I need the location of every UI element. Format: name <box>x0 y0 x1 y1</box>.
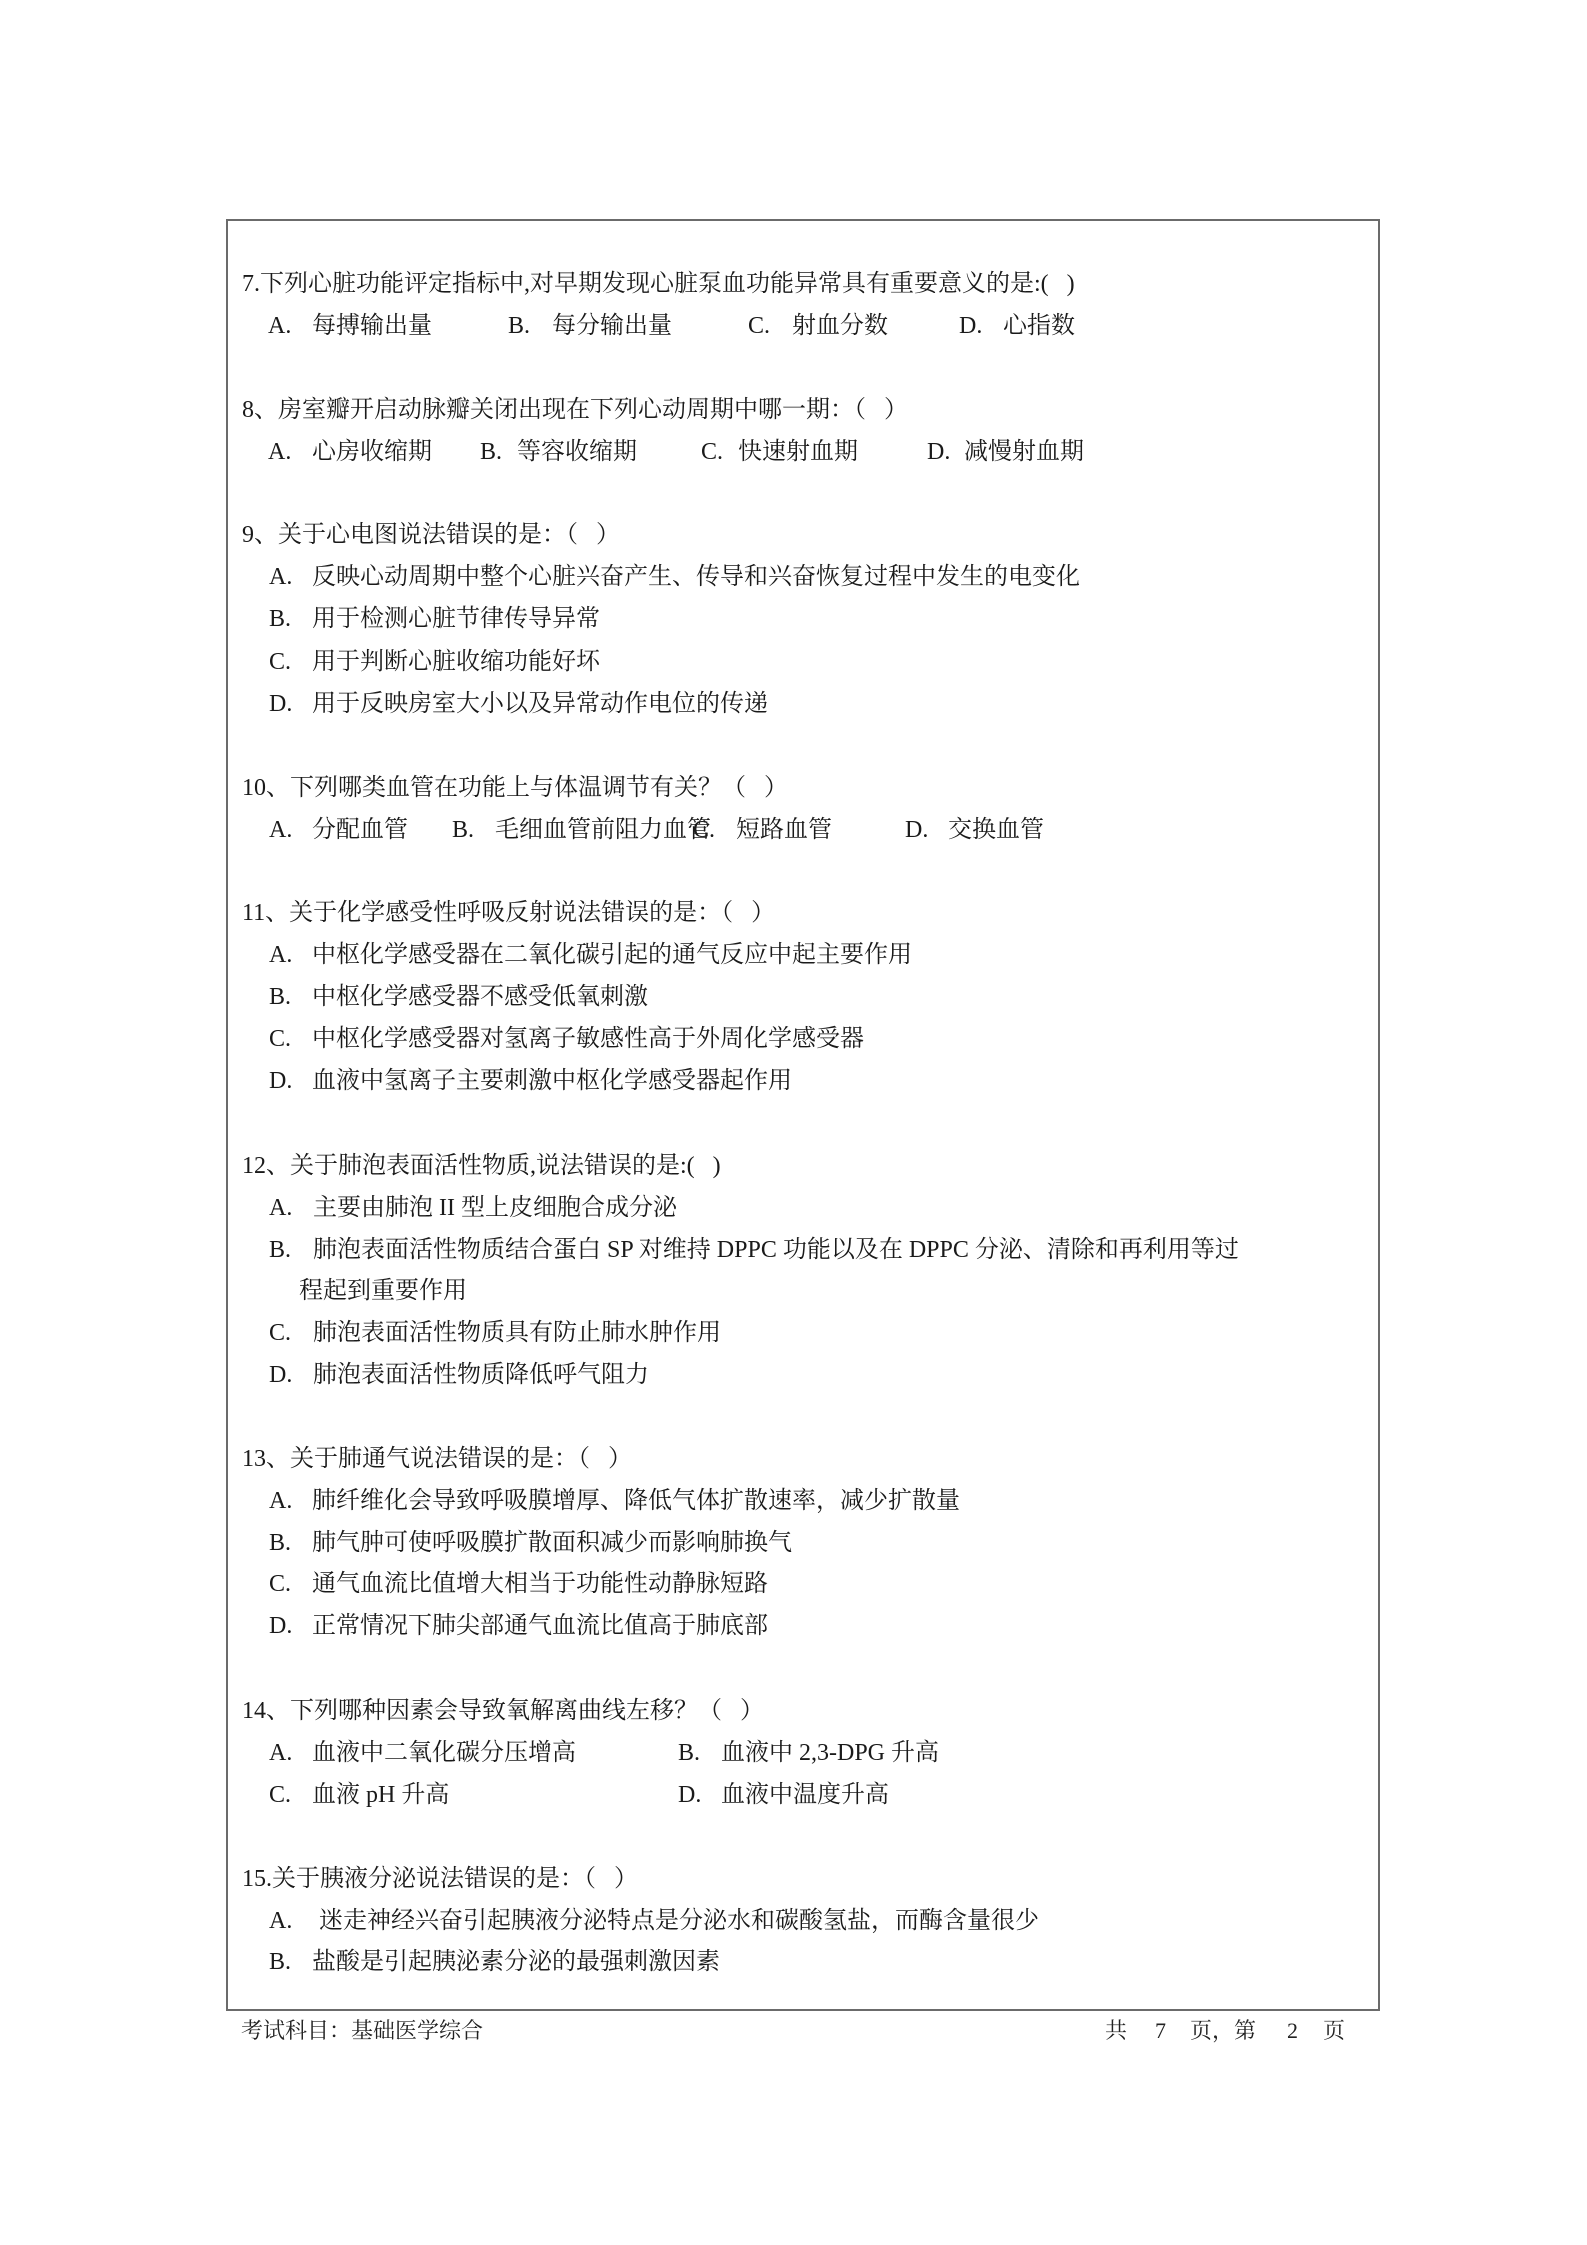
option-label: A. <box>269 815 292 845</box>
option-text: 每分输出量 <box>552 311 672 341</box>
option-label: B. <box>269 982 291 1012</box>
option-text: 减慢射血期 <box>964 437 1084 467</box>
option-text: 中枢化学感受器对氢离子敏感性高于外周化学感受器 <box>312 1024 864 1054</box>
page-total-prefix: 共 <box>1105 2017 1127 2045</box>
option-text: 血液中氢离子主要刺激中枢化学感受器起作用 <box>312 1066 792 1096</box>
option-label: D. <box>269 1360 292 1390</box>
option-label: D. <box>927 437 950 467</box>
option-label: C. <box>701 437 723 467</box>
option-text: 肺泡表面活性物质具有防止肺水肿作用 <box>313 1318 721 1348</box>
option-label: C. <box>269 1780 291 1810</box>
question-14-stem: 14、下列哪种因素会导致氧解离曲线左移？（ ） <box>242 1696 764 1726</box>
option-text: 反映心动周期中整个心脏兴奋产生、传导和兴奋恢复过程中发生的电变化 <box>312 562 1080 592</box>
option-text: 血液 pH 升高 <box>312 1780 449 1810</box>
option-text-continuation: 程起到重要作用 <box>299 1276 467 1306</box>
option-label: B. <box>452 815 474 845</box>
option-label: C. <box>269 1569 291 1599</box>
option-text: 中枢化学感受器在二氧化碳引起的通气反应中起主要作用 <box>312 940 912 970</box>
option-label: A. <box>268 311 291 341</box>
option-label: B. <box>269 604 291 634</box>
question-12-stem: 12、关于肺泡表面活性物质,说法错误的是:( ) <box>242 1151 721 1181</box>
option-text: 通气血流比值增大相当于功能性动静脉短路 <box>312 1569 768 1599</box>
option-text: 迷走神经兴奋引起胰液分泌特点是分泌水和碳酸氢盐，而酶含量很少 <box>319 1906 1039 1936</box>
option-text: 毛细血管前阻力血管 <box>495 815 711 845</box>
option-label: D. <box>269 689 292 719</box>
option-text: 主要由肺泡 II 型上皮细胞合成分泌 <box>313 1193 677 1223</box>
question-13-stem: 13、关于肺通气说法错误的是：（ ） <box>242 1444 632 1474</box>
option-text: 血液中温度升高 <box>721 1780 889 1810</box>
option-text: 肺纤维化会导致呼吸膜增厚、降低气体扩散速率，减少扩散量 <box>312 1486 960 1516</box>
option-label: A. <box>269 1738 292 1768</box>
option-text: 中枢化学感受器不感受低氧刺激 <box>312 982 648 1012</box>
option-label: C. <box>693 815 715 845</box>
option-text: 盐酸是引起胰泌素分泌的最强刺激因素 <box>312 1947 720 1977</box>
question-10-stem: 10、下列哪类血管在功能上与体温调节有关？（ ） <box>242 773 788 803</box>
option-text: 肺气肿可使呼吸膜扩散面积减少而影响肺换气 <box>312 1528 792 1558</box>
page-suffix: 页 <box>1323 2017 1345 2045</box>
option-text: 肺泡表面活性物质降低呼气阻力 <box>313 1360 649 1390</box>
option-label: B. <box>269 1528 291 1558</box>
option-label: B. <box>480 437 502 467</box>
option-label: A. <box>269 562 292 592</box>
option-label: D. <box>269 1066 292 1096</box>
page-word: 页，第 <box>1190 2017 1256 2045</box>
option-text: 等容收缩期 <box>517 437 637 467</box>
option-label: A. <box>268 437 291 467</box>
option-text: 正常情况下肺尖部通气血流比值高于肺底部 <box>312 1611 768 1641</box>
option-text: 血液中 2,3-DPG 升高 <box>721 1738 939 1768</box>
question-15-stem: 15.关于胰液分泌说法错误的是：（ ） <box>242 1864 638 1894</box>
question-7-stem: 7.下列心脏功能评定指标中,对早期发现心脏泵血功能异常具有重要意义的是:( ) <box>242 269 1075 299</box>
option-label: A. <box>269 1486 292 1516</box>
exam-subject-label: 考试科目：基础医学综合 <box>241 2017 483 2045</box>
option-text: 肺泡表面活性物质结合蛋白 SP 对维持 DPPC 功能以及在 DPPC 分泌、清… <box>313 1235 1239 1265</box>
option-label: B. <box>269 1947 291 1977</box>
option-label: C. <box>748 311 770 341</box>
question-11-stem: 11、关于化学感受性呼吸反射说法错误的是：（ ） <box>242 898 775 928</box>
option-label: A. <box>269 1906 292 1936</box>
option-text: 短路血管 <box>736 815 832 845</box>
option-text: 血液中二氧化碳分压增高 <box>312 1738 576 1768</box>
option-text: 分配血管 <box>312 815 408 845</box>
option-label: D. <box>678 1780 701 1810</box>
option-text: 用于判断心脏收缩功能好坏 <box>312 647 600 677</box>
current-page-number: 2 <box>1287 2017 1298 2045</box>
question-8-stem: 8、房室瓣开启动脉瓣关闭出现在下列心动周期中哪一期：（ ） <box>242 395 908 425</box>
option-label: B. <box>508 311 530 341</box>
option-label: C. <box>269 1024 291 1054</box>
option-label: C. <box>269 1318 291 1348</box>
option-label: A. <box>269 1193 292 1223</box>
option-label: D. <box>269 1611 292 1641</box>
option-text: 交换血管 <box>948 815 1044 845</box>
page-total-count: 7 <box>1155 2017 1166 2045</box>
option-label: D. <box>959 311 982 341</box>
option-text: 每搏输出量 <box>312 311 432 341</box>
option-text: 射血分数 <box>792 311 888 341</box>
option-text: 心房收缩期 <box>312 437 432 467</box>
option-label: B. <box>678 1738 700 1768</box>
question-9-stem: 9、关于心电图说法错误的是：（ ） <box>242 520 620 550</box>
option-label: B. <box>269 1235 291 1265</box>
option-text: 心指数 <box>1003 311 1075 341</box>
option-label: A. <box>269 940 292 970</box>
option-label: D. <box>905 815 928 845</box>
option-text: 用于检测心脏节律传导异常 <box>312 604 600 634</box>
option-text: 快速射血期 <box>738 437 858 467</box>
option-label: C. <box>269 647 291 677</box>
option-text: 用于反映房室大小以及异常动作电位的传递 <box>312 689 768 719</box>
